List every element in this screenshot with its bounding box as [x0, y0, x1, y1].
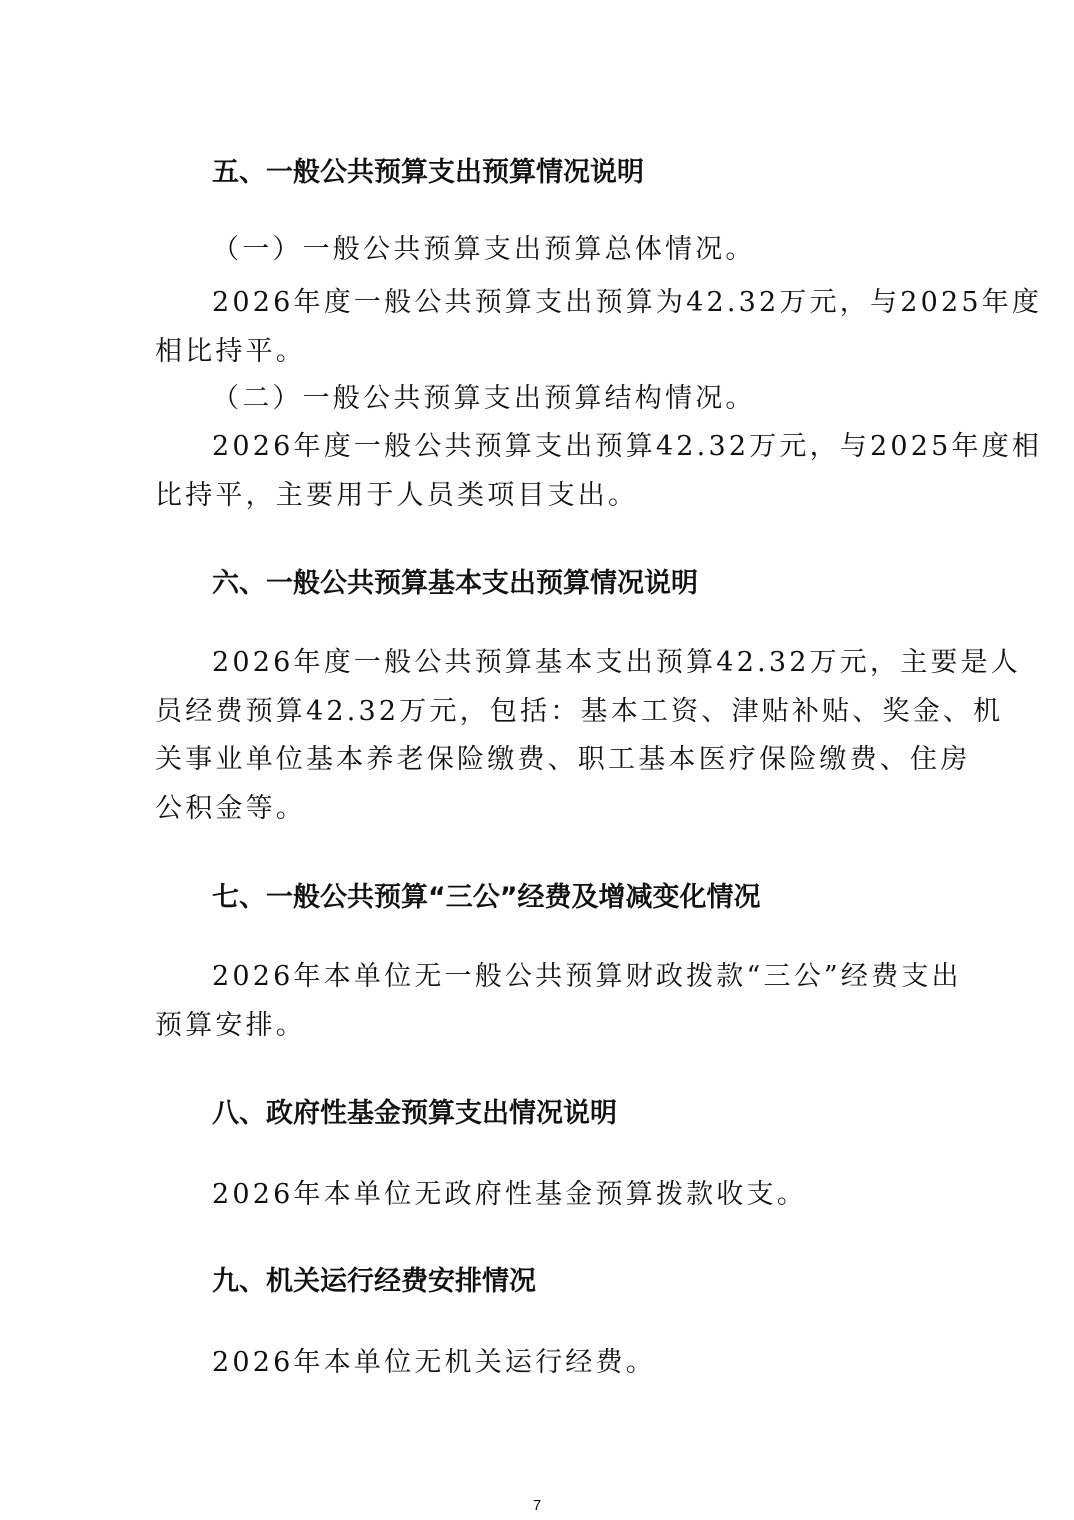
paragraph-line: 2026年度一般公共预算支出预算为42.32万元，与2025年度 [212, 286, 939, 320]
paragraph-line: 关事业单位基本养老保险缴费、职工基本医疗保险缴费、住房 [155, 743, 939, 777]
section-heading-6: 六、一般公共预算基本支出预算情况说明 [212, 567, 698, 601]
paragraph-line: 员经费预算42.32万元，包括：基本工资、津贴补贴、奖金、机 [155, 695, 939, 729]
paragraph-line: 相比持平。 [155, 335, 306, 369]
paragraph-line: 公积金等。 [155, 792, 306, 826]
paragraph-line: 预算安排。 [155, 1009, 306, 1043]
paragraph-line: 2026年度一般公共预算支出预算42.32万元，与2025年度相 [212, 430, 939, 464]
paragraph-line: 2026年本单位无一般公共预算财政拨款“三公”经费支出 [212, 960, 939, 994]
section-heading-5: 五、一般公共预算支出预算情况说明 [212, 156, 644, 190]
section-heading-8: 八、政府性基金预算支出情况说明 [212, 1097, 617, 1131]
paragraph-line: 比持平，主要用于人员类项目支出。 [155, 479, 638, 513]
paragraph-line: 2026年度一般公共预算基本支出预算42.32万元，主要是人 [212, 646, 939, 680]
section-heading-7: 七、一般公共预算“三公”经费及增减变化情况 [212, 881, 761, 915]
paragraph-line: 2026年本单位无政府性基金预算拨款收支。 [212, 1178, 807, 1212]
section-heading-9: 九、机关运行经费安排情况 [212, 1265, 536, 1299]
subsection-title-5-1: （一）一般公共预算支出预算总体情况。 [212, 233, 756, 267]
page-number: 7 [0, 1497, 1074, 1514]
paragraph-line: 2026年本单位无机关运行经费。 [212, 1346, 656, 1380]
subsection-title-5-2: （二）一般公共预算支出预算结构情况。 [212, 382, 756, 416]
